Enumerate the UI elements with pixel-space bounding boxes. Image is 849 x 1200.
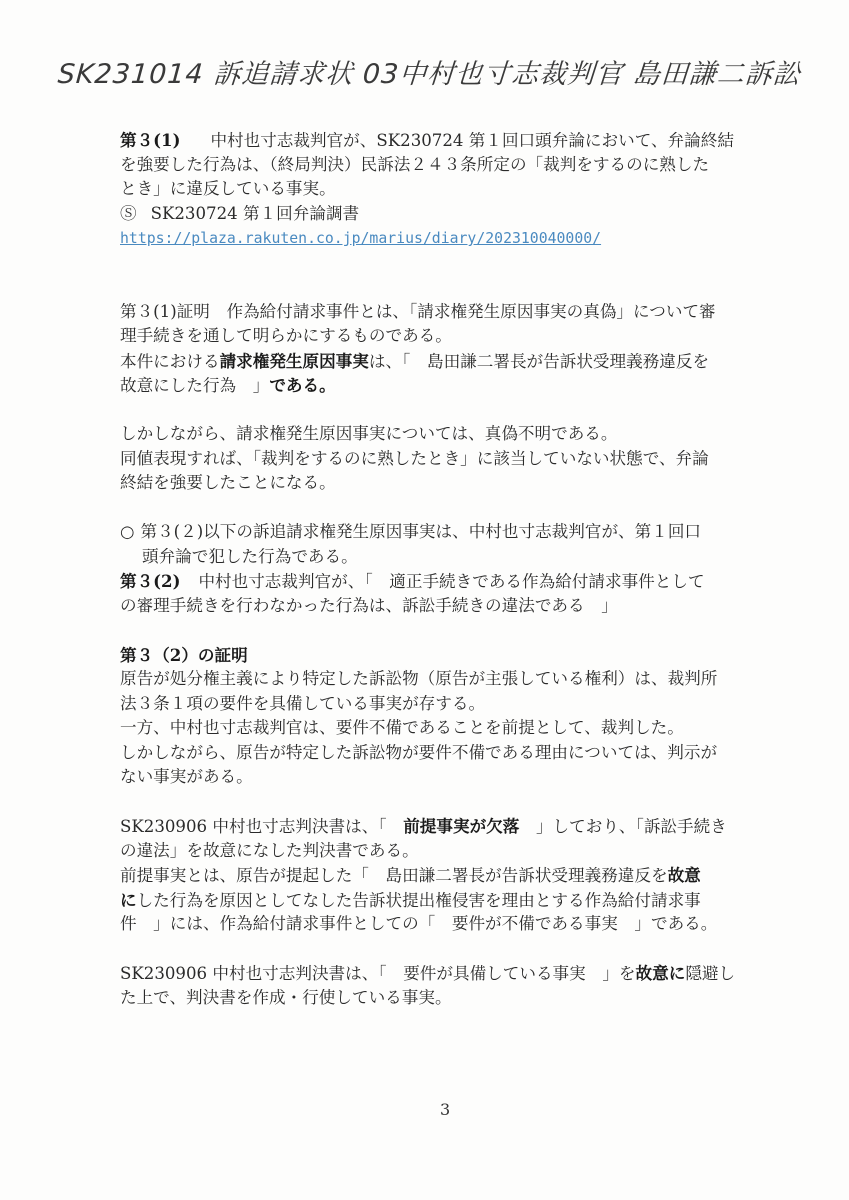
judgment-para1-line-1: SK230906 中村也寸志判決書は、「 前提事実が欠落 」しており、「訴訟手続… [120, 814, 780, 839]
proof-3-1-para2-line-3: 終結を強要したことになる。 [120, 471, 780, 496]
judgment-para1-line-4: にした行為を原因としてなした告訴状提出権侵害を理由とする作為給付請求事 [120, 888, 780, 913]
section-3-2-heading: 第３(2) [120, 571, 180, 591]
page-number: 3 [440, 1100, 450, 1119]
emphasis-text: である。 [269, 375, 335, 395]
proof-3-1-line-4: 故意にした行為 」である。 [120, 373, 780, 398]
section-3-1-line-1: 第３(1)中村也寸志裁判官が、SK230724 第１回口頭弁論において、弁論終結 [120, 128, 780, 153]
emphasis-text: 前提事実が欠落 [403, 816, 519, 836]
text-span: 故意にした行為 」 [120, 376, 269, 395]
proof-3-1-para2-line-2: 同値表現すれば、「裁判をするのに熟したとき」に該当していない状態で、弁論 [120, 447, 780, 472]
section-3-1-line-3: とき」に違反している事実。 [120, 177, 780, 202]
proof-3-2-line-2: 法３条１項の要件を具備している事実が存する。 [120, 692, 780, 717]
judgment-para2-line-2: た上で、判決書を作成・行使している事実。 [120, 986, 780, 1011]
text-span: は、「 島田謙二署長が告訴状受理義務違反を [369, 352, 709, 371]
proof-3-1-line-3: 本件における請求権発生原因事実は、「 島田謙二署長が告訴状受理義務違反を [120, 349, 780, 374]
emphasis-text: 故意 [668, 865, 701, 885]
handwritten-title: SK231014 訴追請求状 03中村也寸志裁判官 島田謙二訴訟 [57, 52, 820, 91]
proof-3-1-line-2: 理手続きを通して明らかにするものである。 [120, 324, 780, 349]
note-line-2: 頭弁論で犯した行為である。 [120, 545, 780, 570]
emphasis-text: に [120, 890, 137, 910]
evidence-line: ⓈSK230724 第１回弁論調書 [120, 202, 780, 227]
circle-bullet-icon: ○ [120, 522, 134, 541]
section-3-2-text: 中村也寸志裁判官が、「 適正手続きである作為給付請求事件として [198, 572, 704, 591]
text-span: 前提事実とは、原告が提起した「 島田謙二署長が告訴状受理義務違反を [120, 866, 668, 885]
text-span: 」しており、「訴訟手続き [519, 817, 726, 836]
proof-3-2-line-1: 原告が処分権主義により特定した訴訟物（原告が主張している権利）は、裁判所 [120, 667, 780, 692]
text-span: 本件における [120, 352, 220, 371]
proof-3-2-line-3: 一方、中村也寸志裁判官は、要件不備であることを前提として、裁判した。 [120, 716, 780, 741]
judgment-para1-line-5: 件 」には、作為給付請求事件としての「 要件が不備である事実 」である。 [120, 912, 780, 937]
evidence-url-link[interactable]: https://plaza.rakuten.co.jp/marius/diary… [120, 230, 601, 247]
judgment-para1-line-2: の違法」を故意になした判決書である。 [120, 839, 780, 864]
section-3-2-line-2: の審理手続きを行わなかった行為は、訴訟手続きの違法である 」 [120, 594, 780, 619]
proof-3-2-line-5: ない事実がある。 [120, 765, 780, 790]
section-3-1-line-2: を強要した行為は、（終局判決）民訴法２４３条所定の「裁判をするのに熟した [120, 153, 780, 178]
document-page: SK231014 訴追請求状 03中村也寸志裁判官 島田謙二訴訟 第３(1)中村… [0, 0, 849, 1200]
judgment-para2-line-1: SK230906 中村也寸志判決書は、「 要件が具備している事実 」を故意に隠避… [120, 961, 780, 986]
evidence-url-line: https://plaza.rakuten.co.jp/marius/diary… [120, 226, 780, 251]
evidence-label: SK230724 第１回弁論調書 [151, 204, 360, 223]
section-3-1-text: 中村也寸志裁判官が、SK230724 第１回口頭弁論において、弁論終結 [210, 131, 734, 150]
proof-3-2-heading: 第３（2）の証明 [120, 643, 780, 668]
evidence-mark-icon: Ⓢ [120, 204, 137, 223]
proof-3-1-line-1: 第３(1)証明 作為給付請求事件とは、「請求権発生原因事実の真偽」について審 [120, 300, 780, 325]
section-3-2-line-1: 第３(2)中村也寸志裁判官が、「 適正手続きである作為給付請求事件として [120, 569, 780, 594]
judgment-para1-line-3: 前提事実とは、原告が提起した「 島田謙二署長が告訴状受理義務違反を故意 [120, 863, 780, 888]
note-line-1: ○第３(２)以下の訴追請求権発生原因事実は、中村也寸志裁判官が、第１回口 [120, 520, 780, 545]
note-text: 第３(２)以下の訴追請求権発生原因事実は、中村也寸志裁判官が、第１回口 [140, 522, 701, 541]
proof-3-2-line-4: しかしながら、原告が特定した訴訟物が要件不備である理由については、判示が [120, 741, 780, 766]
emphasis-text: 故意に [636, 963, 686, 983]
proof-3-1-para2-line-1: しかしながら、請求権発生原因事実については、真偽不明である。 [120, 422, 780, 447]
text-span: した行為を原因としてなした告訴状提出権侵害を理由とする作為給付請求事 [137, 891, 701, 910]
text-span: SK230906 中村也寸志判決書は、「 [120, 817, 403, 836]
text-span: 隠避し [685, 964, 735, 983]
text-span: SK230906 中村也寸志判決書は、「 要件が具備している事実 」を [120, 964, 636, 983]
document-body: 第３(1)中村也寸志裁判官が、SK230724 第１回口頭弁論において、弁論終結… [120, 128, 780, 1010]
emphasis-text: 請求権発生原因事実 [220, 351, 369, 371]
section-3-1-heading: 第３(1) [120, 130, 180, 150]
